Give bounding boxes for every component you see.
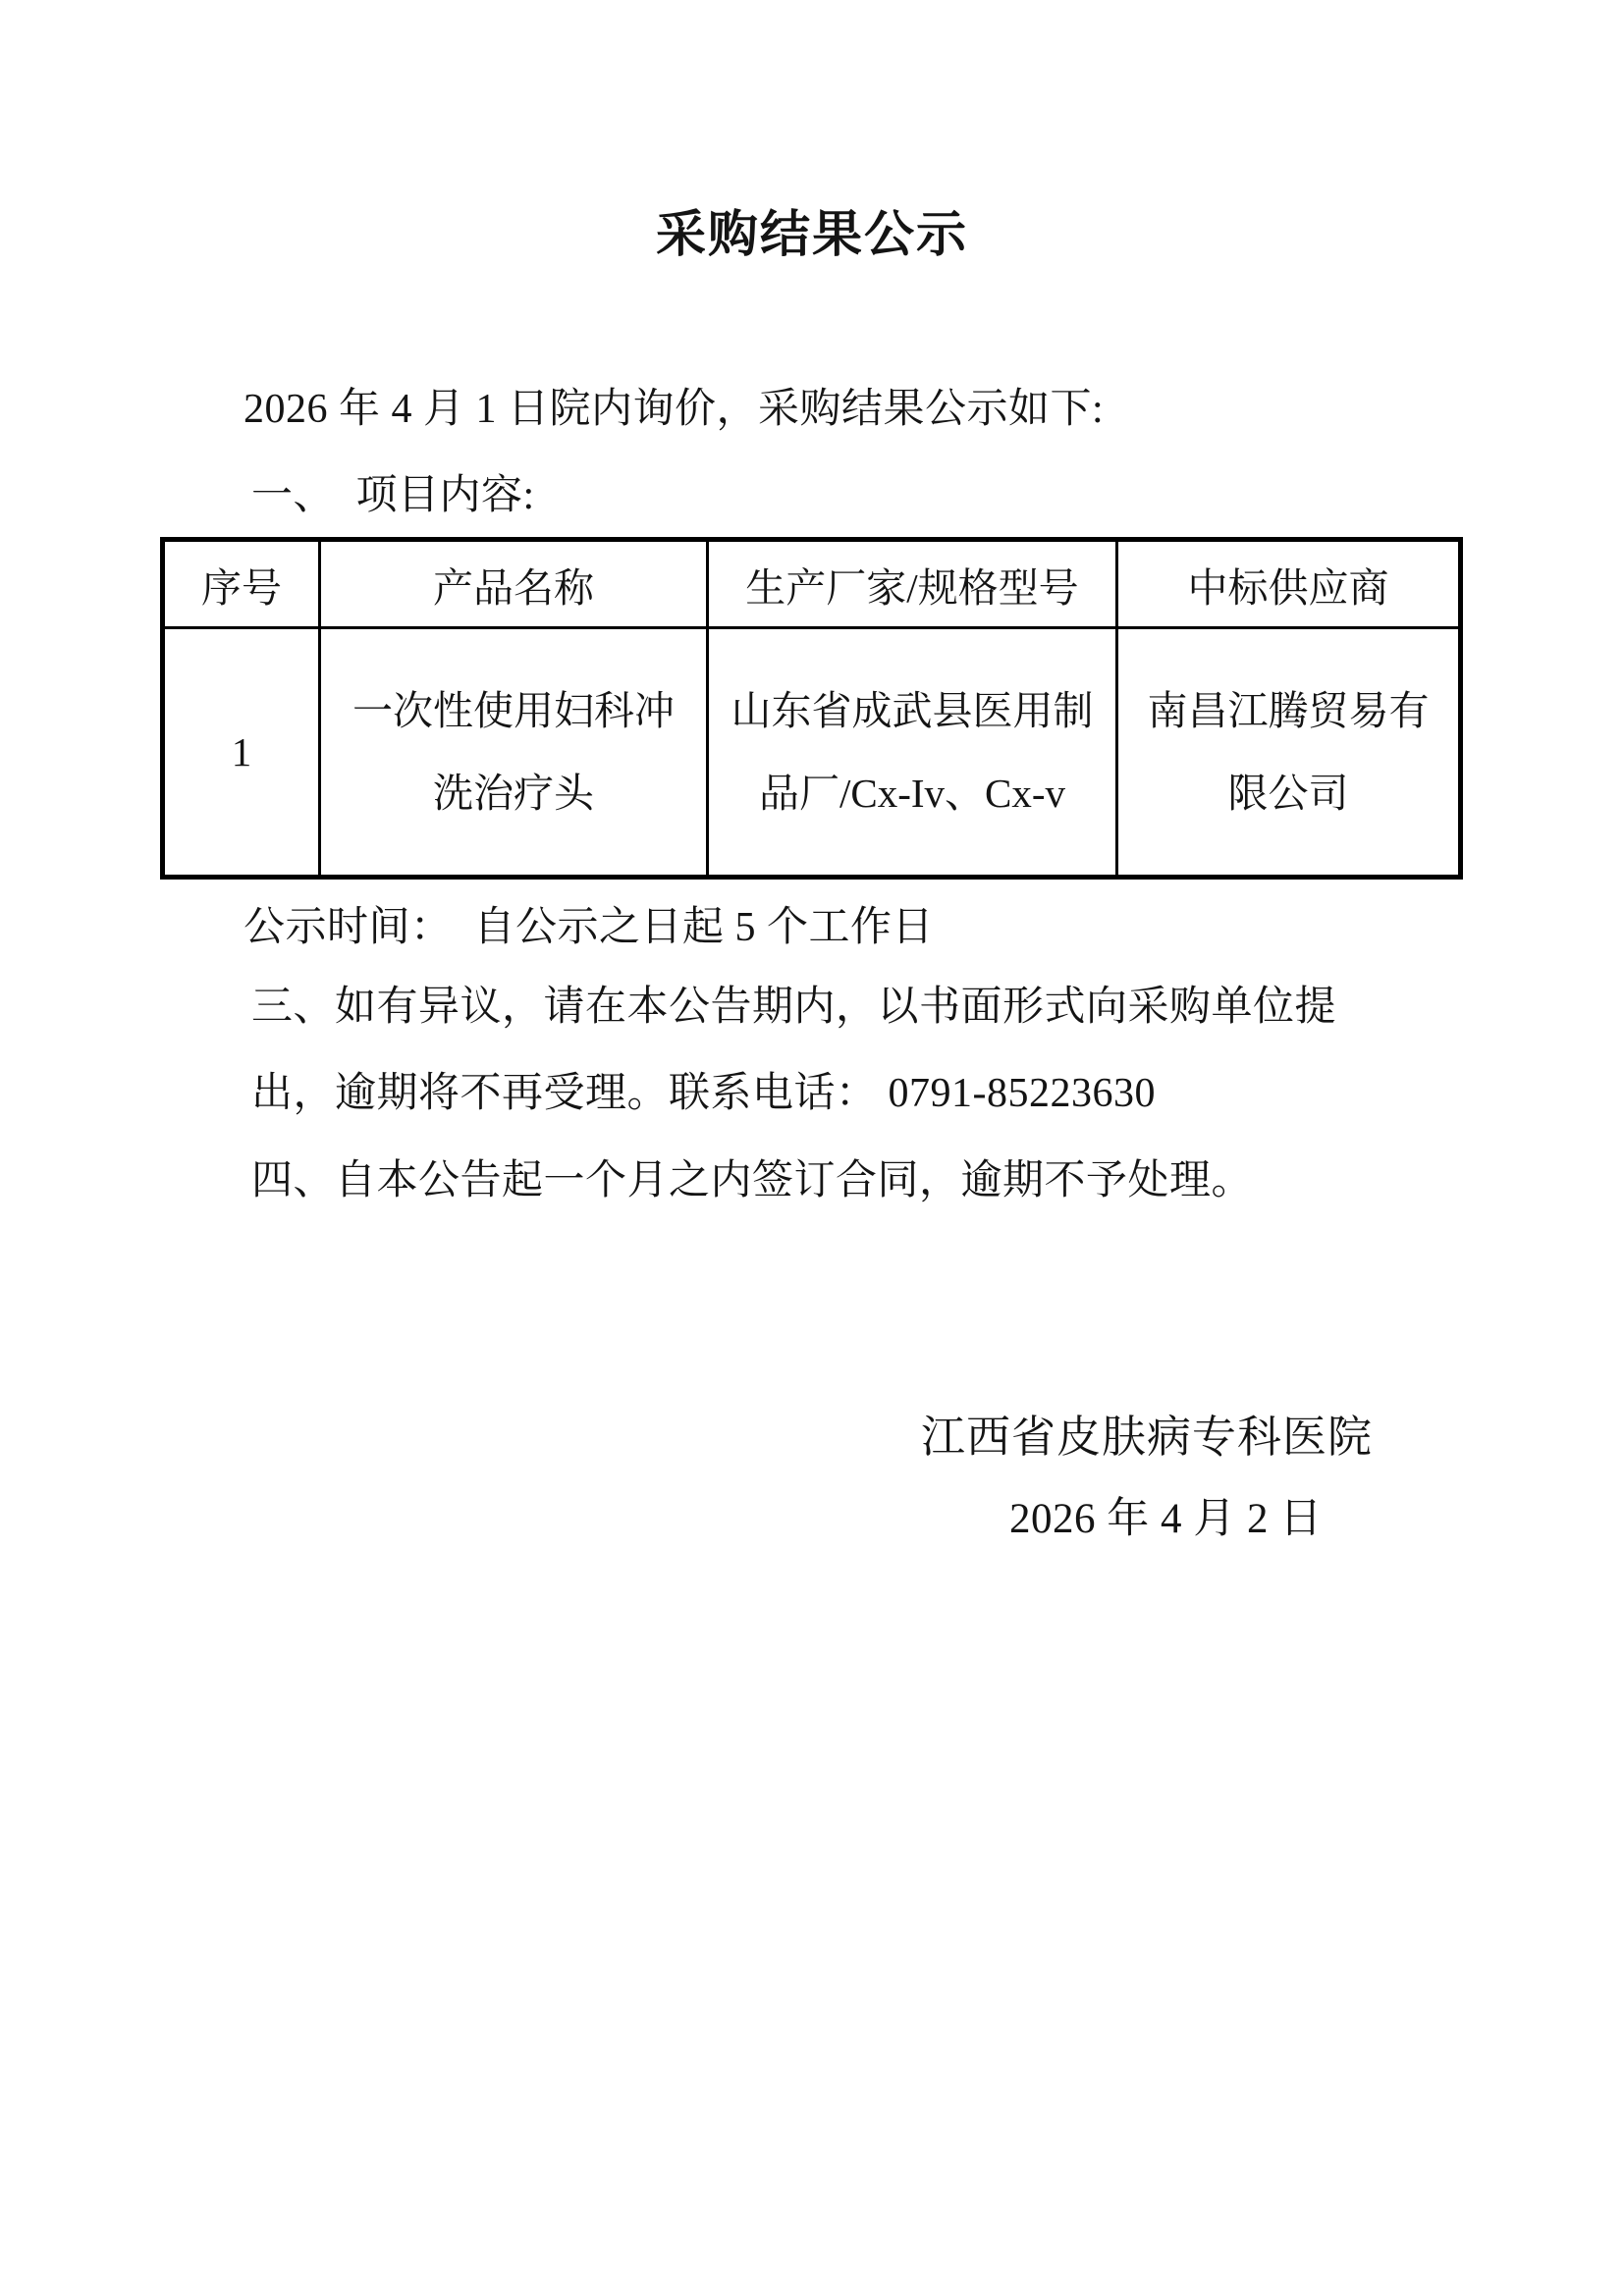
cell-product-name: 一次性使用妇科冲 洗治疗头 — [320, 628, 708, 878]
intro-paragraph: 2026 年 4 月 1 日院内询价，采购结果公示如下: — [244, 386, 1104, 433]
cell-manufacturer-spec: 山东省成武县医用制 品厂/Cx-Iv、Cx-v — [708, 628, 1117, 878]
header-manufacturer-spec: 生产厂家/规格型号 — [708, 540, 1117, 628]
publicity-period-line: 公示时间： 自公示之日起 5 个工作日 — [244, 904, 934, 951]
supplier-line-2: 限公司 — [1118, 752, 1458, 834]
issue-date: 2026 年 4 月 2 日 — [1009, 1496, 1323, 1543]
clause3-line-1: 三、如有异议，请在本公告期内，以书面形式向采购单位提 — [251, 984, 1336, 1031]
product-name-line-1: 一次性使用妇科冲 — [321, 669, 706, 752]
table-row: 1 一次性使用妇科冲 洗治疗头 山东省成武县医用制 品厂/Cx-Iv、Cx-v … — [163, 628, 1461, 878]
section-heading-item-content: 一、 项目内容: — [251, 472, 535, 519]
table-header-row: 序号 产品名称 生产厂家/规格型号 中标供应商 — [163, 540, 1461, 628]
manufacturer-line-2: 品厂/Cx-Iv、Cx-v — [709, 752, 1115, 834]
clause3-line-2: 出，逾期将不再受理。联系电话： 0791-85223630 — [251, 1070, 1156, 1117]
serial-number-value: 1 — [165, 711, 318, 793]
header-product-name: 产品名称 — [320, 540, 708, 628]
header-winning-supplier: 中标供应商 — [1117, 540, 1461, 628]
cell-serial-number: 1 — [163, 628, 320, 878]
cell-winning-supplier: 南昌江腾贸易有 限公司 — [1117, 628, 1461, 878]
procurement-result-table: 序号 产品名称 生产厂家/规格型号 中标供应商 1 一次性使用妇科冲 洗治疗头 … — [160, 537, 1463, 880]
header-serial-number: 序号 — [163, 540, 320, 628]
page-title: 采购结果公示 — [0, 208, 1624, 263]
issuer-signature: 江西省皮肤病专科医院 — [921, 1414, 1373, 1461]
manufacturer-line-1: 山东省成武县医用制 — [709, 669, 1115, 752]
product-name-line-2: 洗治疗头 — [321, 752, 706, 834]
supplier-line-1: 南昌江腾贸易有 — [1118, 669, 1458, 752]
clause4-line: 四、自本公告起一个月之内签订合同，逾期不予处理。 — [251, 1157, 1253, 1204]
document-page: 采购结果公示 2026 年 4 月 1 日院内询价，采购结果公示如下: 一、 项… — [0, 0, 1624, 2296]
